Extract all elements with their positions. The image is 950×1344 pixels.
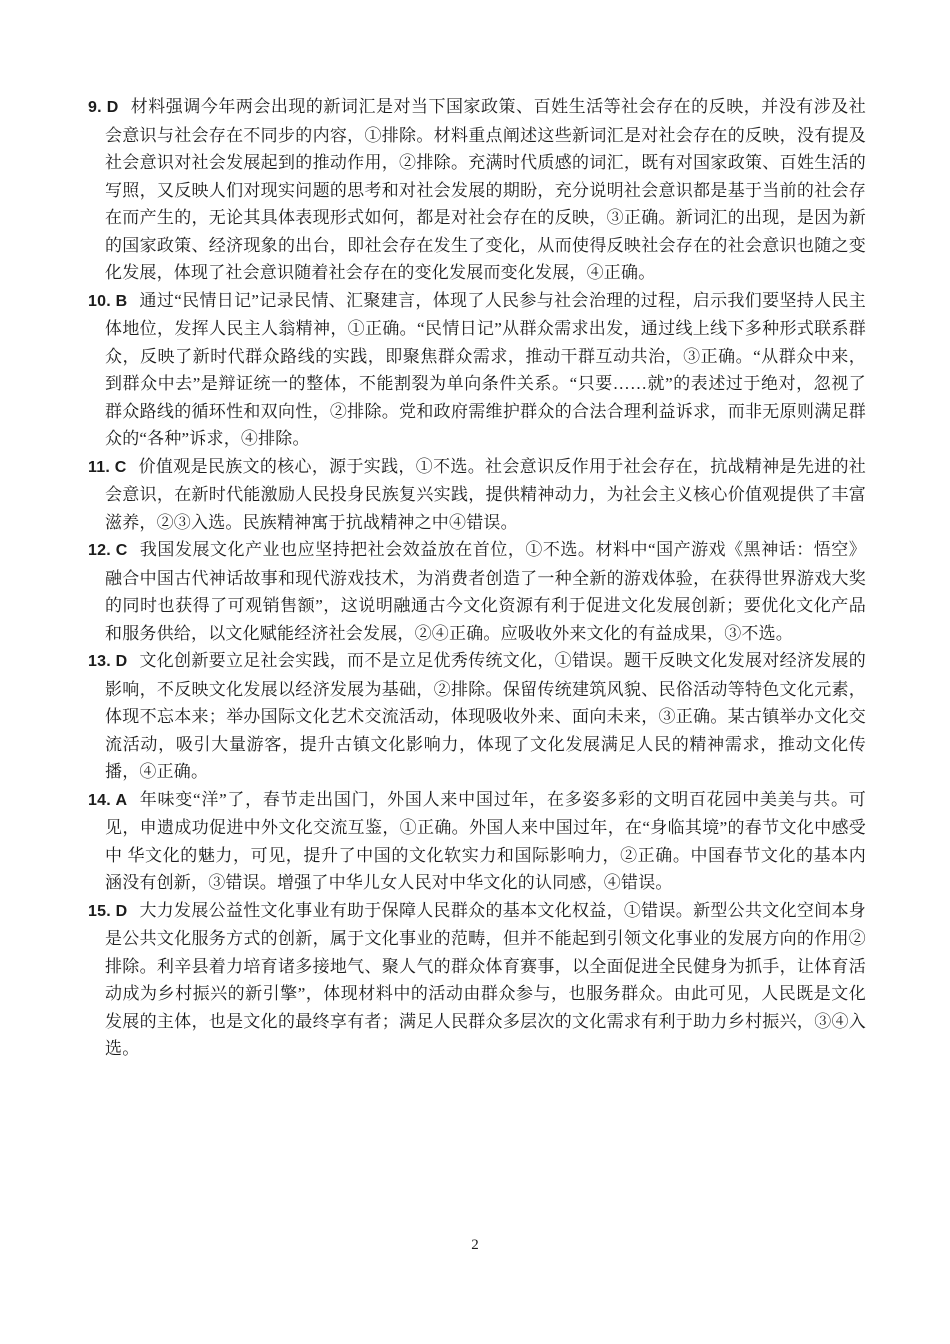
- answer-text: 价值观是民族文的核心，源于实践，①不选。社会意识反作用于社会存在，抗战精神是先进…: [105, 457, 866, 532]
- answer-item-11: 11. C价值观是民族文的核心，源于实践，①不选。社会意识反作用于社会存在，抗战…: [88, 453, 866, 537]
- answer-item-10: 10. B通过“民情日记”记录民情、汇聚建言，体现了人民参与社会治理的过程，启示…: [88, 287, 866, 453]
- answer-number: 14. A: [88, 792, 127, 809]
- answer-item-12: 12. C我国发展文化产业也应坚持把社会效益放在首位，①不选。材料中“国产游戏《…: [88, 536, 866, 647]
- answer-text: 通过“民情日记”记录民情、汇聚建言，体现了人民参与社会治理的过程，启示我们要坚持…: [105, 291, 866, 449]
- answer-item-9: 9. D材料强调今年两会出现的新词汇是对当下国家政策、百姓生活等社会存在的反映，…: [88, 93, 866, 287]
- answer-explanations-list: 9. D材料强调今年两会出现的新词汇是对当下国家政策、百姓生活等社会存在的反映，…: [88, 93, 866, 1063]
- answer-number: 15. D: [88, 903, 127, 920]
- answer-text: 我国发展文化产业也应坚持把社会效益放在首位，①不选。材料中“国产游戏《黑神话：悟…: [105, 540, 866, 643]
- answer-number: 12. C: [88, 542, 128, 559]
- answer-number: 11. C: [88, 459, 126, 476]
- page-number: 2: [471, 1237, 479, 1253]
- answer-item-13: 13. D文化创新要立足社会实践，而不是立足优秀传统文化，①错误。题干反映文化发…: [88, 647, 866, 786]
- page-footer: 2: [0, 1236, 950, 1254]
- answer-number: 9. D: [88, 99, 118, 116]
- answer-number: 10. B: [88, 293, 127, 310]
- answer-item-14: 14. A年味变“洋”了，春节走出国门，外国人来中国过年，在多姿多彩的文明百花园…: [88, 786, 866, 897]
- answer-text: 年味变“洋”了，春节走出国门，外国人来中国过年，在多姿多彩的文明百花园中美美与共…: [105, 790, 866, 893]
- answer-text: 大力发展公益性文化事业有助于保障人民群众的基本文化权益，①错误。新型公共文化空间…: [105, 901, 866, 1059]
- answer-text: 材料强调今年两会出现的新词汇是对当下国家政策、百姓生活等社会存在的反映，并没有涉…: [105, 97, 866, 282]
- answer-text: 文化创新要立足社会实践，而不是立足优秀传统文化，①错误。题干反映文化发展对经济发…: [105, 651, 866, 781]
- document-page: 9. D材料强调今年两会出现的新词汇是对当下国家政策、百姓生活等社会存在的反映，…: [0, 0, 950, 1344]
- answer-number: 13. D: [88, 653, 127, 670]
- answer-item-15: 15. D大力发展公益性文化事业有助于保障人民群众的基本文化权益，①错误。新型公…: [88, 897, 866, 1063]
